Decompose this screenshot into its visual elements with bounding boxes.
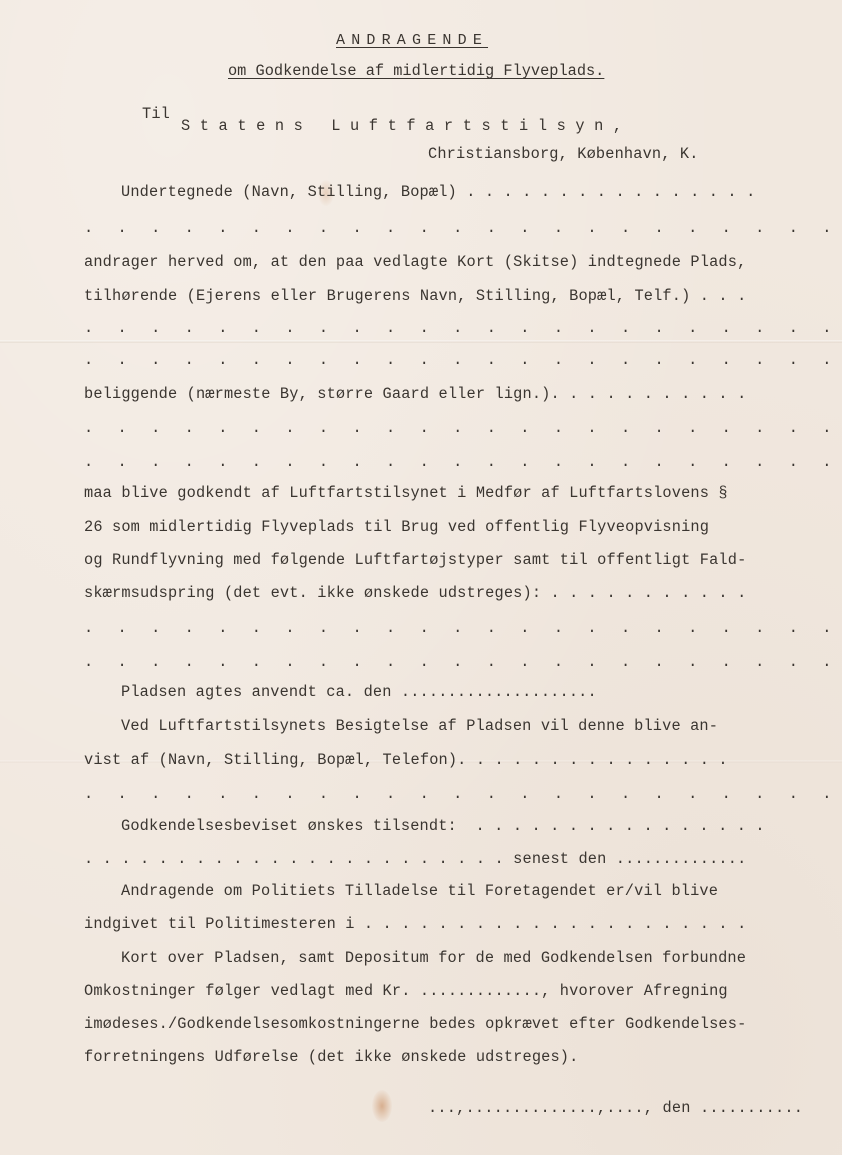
document-page: ANDRAGENDE om Godkendelse af midlertidig… (0, 0, 842, 1155)
addressee-to: Til (142, 104, 170, 124)
form-line-applicant: Undertegnede (Navn, Stilling, Bopæl) . .… (121, 182, 755, 202)
form-line-aircraft-types: og Rundflyvning med følgende Luftfartøjs… (84, 550, 746, 570)
paper-stain (372, 1090, 392, 1122)
form-line-approval: 26 som midlertidig Flyveplads til Brug v… (84, 517, 709, 537)
form-line-police: Andragende om Politiets Tilladelse til F… (121, 881, 718, 901)
addressee-address: Christiansborg, København, K. (428, 144, 699, 164)
form-blank-line[interactable]: . . . . . . . . . . . . . . . . . . . . … (84, 784, 842, 804)
form-blank-line[interactable]: . . . . . . . . . . . . . . . . . . . . … (84, 350, 842, 370)
document-subtitle: om Godkendelse af midlertidig Flyveplads… (228, 62, 604, 80)
form-line-map-deposit: Kort over Pladsen, samt Depositum for de… (121, 948, 746, 968)
form-line-execution: forretningens Udførelse (det ikke ønsked… (84, 1047, 578, 1067)
form-blank-line[interactable]: . . . . . . . . . . . . . . . . . . . . … (84, 652, 842, 672)
form-line-costs: Omkostninger følger vedlagt med Kr. ....… (84, 981, 728, 1001)
form-line-deadline: . . . . . . . . . . . . . . . . . . . . … (84, 849, 746, 869)
form-line-costs: imødeses./Godkendelsesomkostningerne bed… (84, 1014, 746, 1034)
form-line-contact: vist af (Navn, Stilling, Bopæl, Telefon)… (84, 750, 728, 770)
form-line-usage-date: Pladsen agtes anvendt ca. den ..........… (121, 682, 597, 702)
addressee-authority: Statens Luftfartstilsyn, (181, 116, 632, 136)
form-line-certificate: Godkendelsesbeviset ønskes tilsendt: . .… (121, 816, 765, 836)
form-blank-line[interactable]: . . . . . . . . . . . . . . . . . . . . … (84, 218, 842, 238)
form-line-request: andrager herved om, at den paa vedlagte … (84, 252, 746, 272)
form-line-owner: tilhørende (Ejerens eller Brugerens Navn… (84, 286, 746, 306)
signature-place-date[interactable]: ...,..............,...., den ........... (428, 1098, 803, 1118)
form-blank-line[interactable]: . . . . . . . . . . . . . . . . . . . . … (84, 618, 842, 638)
form-blank-line[interactable]: . . . . . . . . . . . . . . . . . . . . … (84, 418, 842, 438)
form-blank-line[interactable]: . . . . . . . . . . . . . . . . . . . . … (84, 318, 842, 338)
document-title: ANDRAGENDE (336, 32, 488, 49)
paper-fold-line (0, 340, 842, 343)
form-line-parachute: skærmsudspring (det evt. ikke ønskede ud… (84, 583, 746, 603)
form-line-location: beliggende (nærmeste By, større Gaard el… (84, 384, 746, 404)
form-blank-line[interactable]: . . . . . . . . . . . . . . . . . . . . … (84, 452, 842, 472)
form-line-inspection: Ved Luftfartstilsynets Besigtelse af Pla… (121, 716, 718, 736)
form-line-police-master: indgivet til Politimesteren i . . . . . … (84, 914, 746, 934)
form-line-approval: maa blive godkendt af Luftfartstilsynet … (84, 483, 728, 503)
